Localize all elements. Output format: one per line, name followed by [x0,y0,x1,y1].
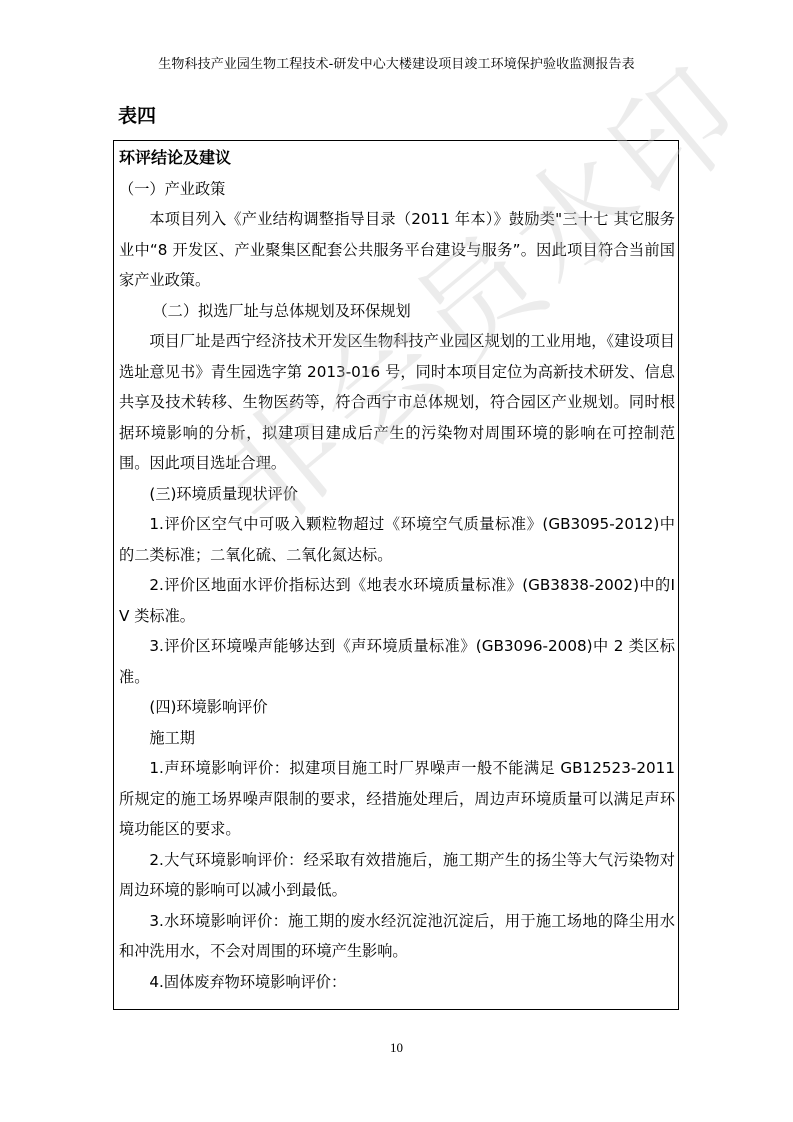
paragraph-surface-water: 2.评价区地面水评价指标达到《地表水环境质量标准》(GB3838-2002)中的… [119,570,675,631]
table-content: 环评结论及建议 （一）产业政策 本项目列入《产业结构调整指导目录（2011 年本… [119,143,675,997]
paragraph-env-quality-heading: (三)环境质量现状评价 [119,479,675,510]
paragraph-construction-period: 施工期 [119,723,675,754]
paragraph-env-impact-heading: (四)环境影响评价 [119,692,675,723]
paragraph-air-impact: 2.大气环境影响评价：经采取有效措施后，施工期产生的扬尘等大气污染物对周边环境的… [119,845,675,906]
paragraph-site-planning-heading: （二）拟选厂址与总体规划及环保规划 [119,296,675,327]
paragraph-water-impact: 3.水环境影响评价：施工期的废水经沉淀池沉淀后，用于施工场地的降尘用水和冲洗用水… [119,906,675,967]
running-header: 生物科技产业园生物工程技术-研发中心大楼建设项目竣工环境保护验收监测报告表 [0,57,793,73]
paragraph-air-quality: 1.评价区空气中可吸入颗粒物超过《环境空气质量标准》(GB3095-2012)中… [119,509,675,570]
paragraph-industry-policy-heading: （一）产业政策 [119,174,675,205]
paragraph-noise: 3.评价区环境噪声能够达到《声环境质量标准》(GB3096-2008)中 2 类… [119,631,675,692]
page-number: 10 [0,1040,793,1056]
conclusions-table: 环评结论及建议 （一）产业政策 本项目列入《产业结构调整指导目录（2011 年本… [113,140,679,1010]
paragraph-acoustic-impact: 1.声环境影响评价：拟建项目施工时厂界噪声一般不能满足 GB12523-2011… [119,753,675,845]
paragraph-solid-waste: 4.固体废弃物环境影响评价： [119,967,675,998]
section-title: 表四 [118,104,156,128]
paragraph-industry-policy: 本项目列入《产业结构调整指导目录（2011 年本）》鼓励类"三十七 其它服务业中… [119,204,675,296]
paragraph-site-planning: 项目厂址是西宁经济技术开发区生物科技产业园区规划的工业用地，《建设项目选址意见书… [119,326,675,479]
table-heading: 环评结论及建议 [119,143,675,174]
